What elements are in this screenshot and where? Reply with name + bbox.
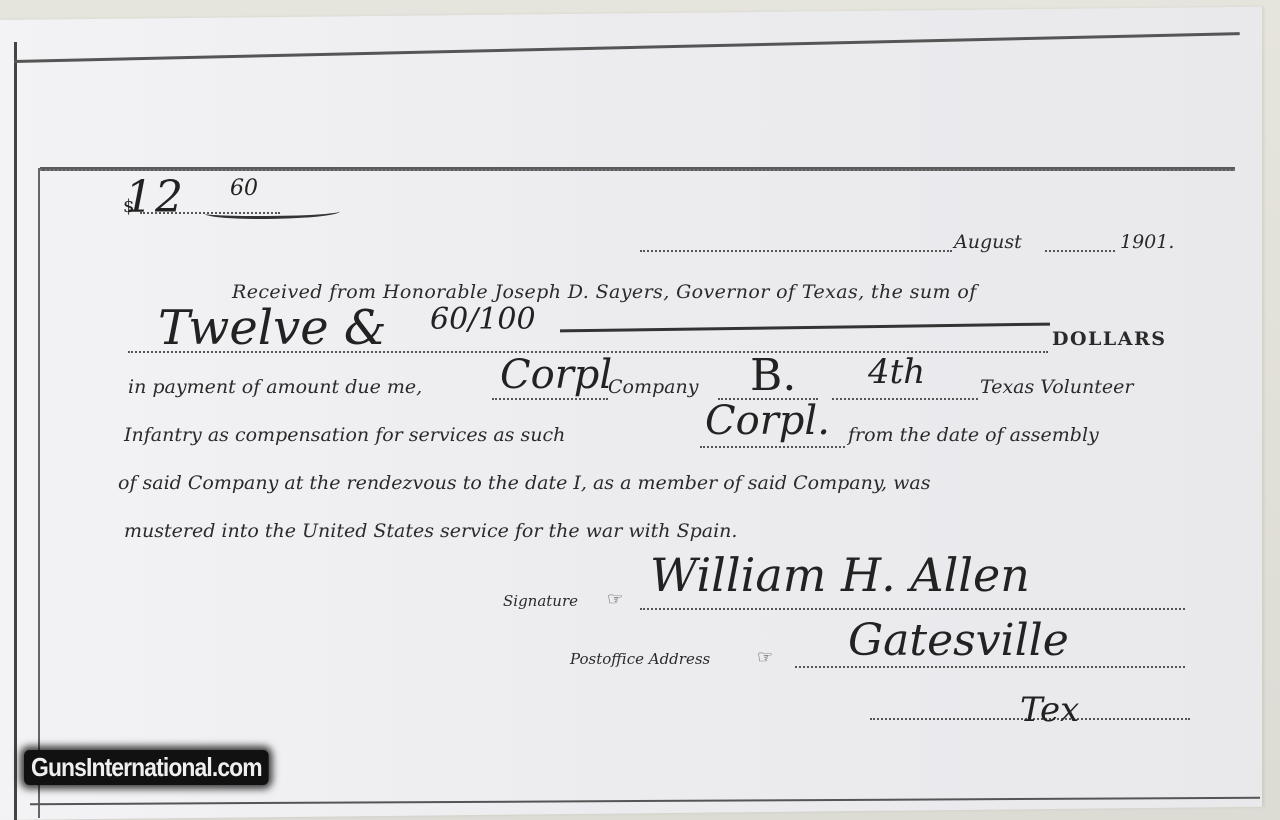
sum-in-words: Twelve &	[158, 300, 387, 356]
amount-dollars: 12	[125, 172, 185, 223]
rank-repeat-handwritten: Corpl.	[705, 398, 830, 444]
payment-text: in payment of amount due me,	[128, 376, 422, 398]
regiment-dotted-line	[832, 398, 978, 400]
date-year: 1901.	[1120, 231, 1174, 253]
date-dotted-line	[640, 250, 952, 252]
postoffice-label: Postoffice Address	[570, 650, 710, 668]
pointing-hand-icon: ☞	[607, 589, 623, 610]
signature-dotted-line	[640, 608, 1185, 610]
outer-border-left	[14, 42, 17, 820]
watermark-logo: GunsInternational.com	[24, 750, 269, 785]
rank-handwritten: Corpl	[500, 352, 612, 398]
from-date-text: from the date of assembly	[848, 424, 1099, 446]
date-day-dotted-line	[1045, 250, 1115, 252]
rendezvous-text: of said Company at the rendezvous to the…	[118, 472, 930, 494]
inner-border-left	[38, 168, 40, 818]
company-label: Company	[608, 376, 698, 398]
sum-fraction: 60/100	[430, 302, 536, 337]
postoffice-dotted-line	[795, 666, 1185, 668]
rank2-dotted-line	[700, 446, 845, 448]
company-letter: B.	[750, 350, 796, 401]
postoffice-city-handwritten: Gatesville	[848, 615, 1069, 666]
signature-handwritten: William H. Allen	[650, 548, 1030, 602]
infantry-compensation-text: Infantry as compensation for services as…	[124, 424, 565, 446]
texas-volunteer-text: Texas Volunteer	[980, 376, 1133, 398]
amount-cents: 60	[230, 176, 258, 201]
date-month: August	[954, 231, 1022, 253]
dollars-label: DOLLARS	[1052, 328, 1167, 350]
postoffice-state-handwritten: Tex	[1020, 690, 1079, 730]
pointing-hand-icon: ☞	[757, 647, 773, 668]
regiment-number: 4th	[868, 352, 925, 392]
rank-dotted-line	[492, 398, 608, 400]
inner-border-top	[40, 167, 1235, 171]
signature-label: Signature	[503, 592, 578, 610]
mustered-text: mustered into the United States service …	[124, 520, 737, 542]
